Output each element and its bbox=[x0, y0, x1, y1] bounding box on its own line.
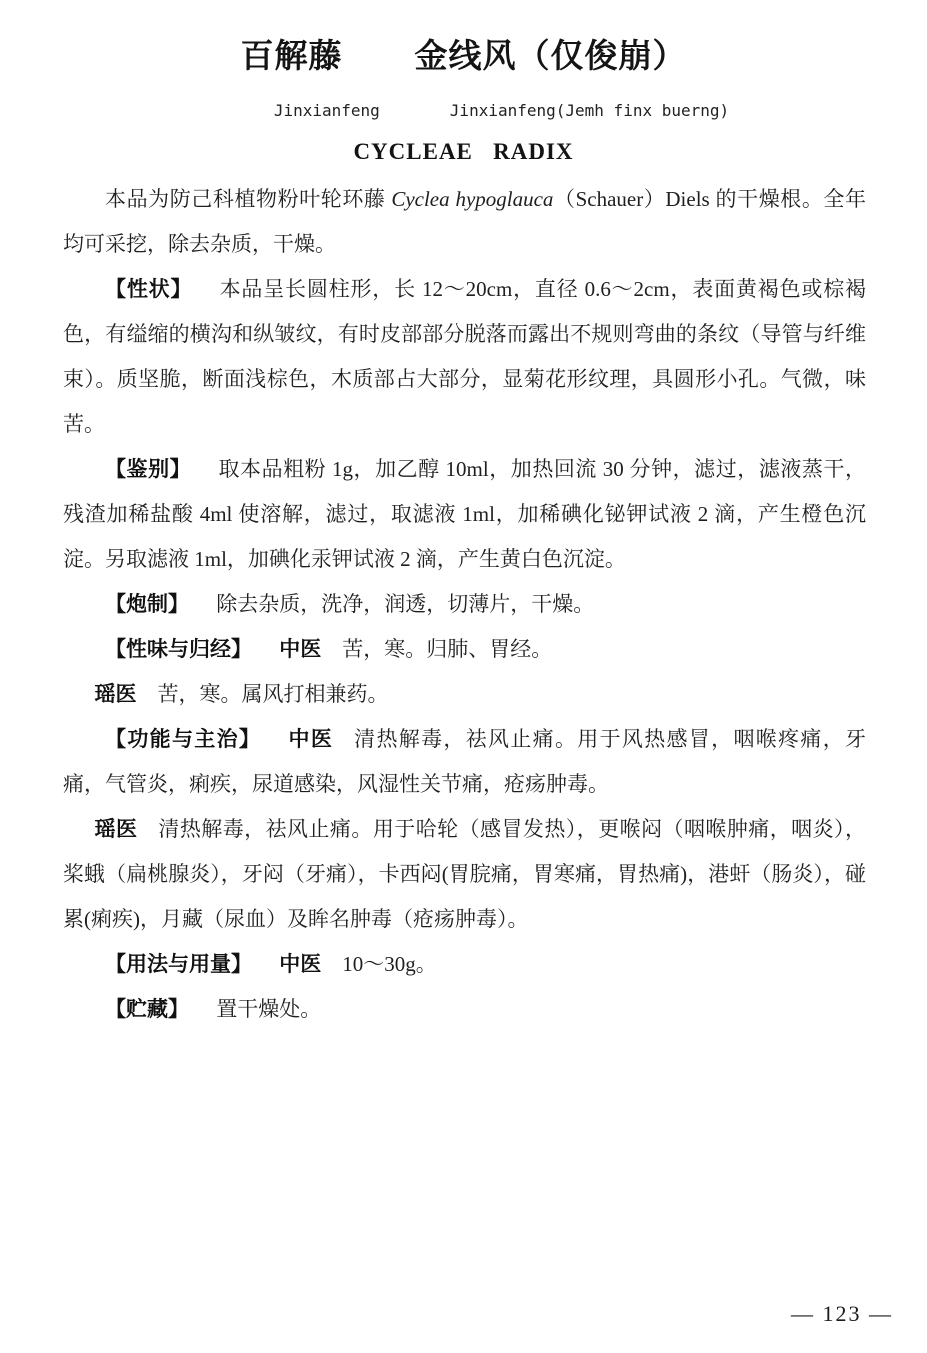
section-storage: 【贮藏】置干燥处。 bbox=[63, 987, 866, 1032]
tcm-text-property: 苦，寒。归肺、胃经。 bbox=[342, 637, 552, 661]
section-label-character: 【性状】 bbox=[105, 278, 192, 301]
yao-label: 瑶医 bbox=[95, 683, 137, 706]
storage-text: 置干燥处。 bbox=[216, 997, 321, 1021]
section-function-indication: 【功能与主治】中医清热解毒，祛风止痛。用于风热感冒，咽喉疼痛，牙痛，气管炎，痢疾… bbox=[63, 717, 866, 807]
page-header: 百解藤金线风（仅俊崩） JinxianfengJinxianfeng(Jemh … bbox=[0, 0, 927, 166]
yao-text-function: 清热解毒，祛风止痛。用于哈轮（感冒发热），更喉闷（咽喉肿痛，咽炎），桨蛾（扁桃腺… bbox=[63, 817, 866, 931]
section-processing: 【炮制】除去杂质，洗净，润透，切薄片，干燥。 bbox=[63, 582, 866, 627]
property-meridian-yao-paragraph: 瑶医苦，寒。属风打相兼药。 bbox=[63, 672, 866, 717]
pinyin-yao-name: Jinxianfeng(Jemh finx buerng) bbox=[450, 101, 729, 120]
function-indication-yao-paragraph: 瑶医清热解毒，祛风止痛。用于哈轮（感冒发热），更喉闷（咽喉肿痛，咽炎），桨蛾（扁… bbox=[63, 807, 866, 942]
pinyin-line: JinxianfengJinxianfeng(Jemh finx buerng) bbox=[0, 100, 927, 122]
monograph-page: 百解藤金线风（仅俊崩） JinxianfengJinxianfeng(Jemh … bbox=[0, 0, 927, 1353]
section-label-property-meridian: 【性味与归经】 bbox=[105, 638, 252, 661]
page-title: 百解藤金线风（仅俊崩） bbox=[0, 34, 927, 78]
pinyin-chinese-name: Jinxianfeng bbox=[274, 101, 380, 120]
tcm-label: 中医 bbox=[279, 638, 321, 661]
tcm-label: 中医 bbox=[289, 728, 334, 751]
section-identification: 【鉴别】取本品粗粉 1g，加乙醇 10ml，加热回流 30 分钟，滤过，滤液蒸干… bbox=[63, 447, 866, 582]
intro-paragraph: 本品为防己科植物粉叶轮环藤 Cyclea hypoglauca（Schauer）… bbox=[63, 177, 866, 267]
monograph-body: 本品为防己科植物粉叶轮环藤 Cyclea hypoglauca（Schauer）… bbox=[0, 177, 927, 1032]
section-text-processing: 除去杂质，洗净，润透，切薄片，干燥。 bbox=[216, 592, 594, 616]
dosage-text: 10～30g。 bbox=[342, 952, 437, 976]
title-yao-name: 金线风（仅俊崩） bbox=[415, 37, 687, 74]
section-property-meridian: 【性味与归经】中医苦，寒。归肺、胃经。 bbox=[63, 627, 866, 672]
latin-drug-name: CYCLEAE RADIX bbox=[0, 138, 927, 166]
yao-text-property: 苦，寒。属风打相兼药。 bbox=[158, 682, 389, 706]
latin-binomial: Cyclea hypoglauca bbox=[391, 187, 553, 211]
section-label-function-indication: 【功能与主治】 bbox=[105, 728, 261, 751]
yao-label: 瑶医 bbox=[95, 818, 138, 841]
tcm-label: 中医 bbox=[279, 953, 321, 976]
section-character: 【性状】本品呈长圆柱形，长 12～20cm，直径 0.6～2cm，表面黄褐色或棕… bbox=[63, 267, 866, 447]
intro-text-before: 本品为防己科植物粉叶轮环藤 bbox=[105, 187, 391, 211]
title-chinese-name: 百解藤 bbox=[241, 37, 343, 74]
section-label-processing: 【炮制】 bbox=[105, 593, 189, 616]
page-number: — 123 — bbox=[791, 1301, 893, 1327]
section-label-identification: 【鉴别】 bbox=[105, 458, 191, 481]
section-label-dosage: 【用法与用量】 bbox=[105, 953, 252, 976]
section-label-storage: 【贮藏】 bbox=[105, 998, 189, 1021]
section-dosage: 【用法与用量】中医10～30g。 bbox=[63, 942, 866, 987]
